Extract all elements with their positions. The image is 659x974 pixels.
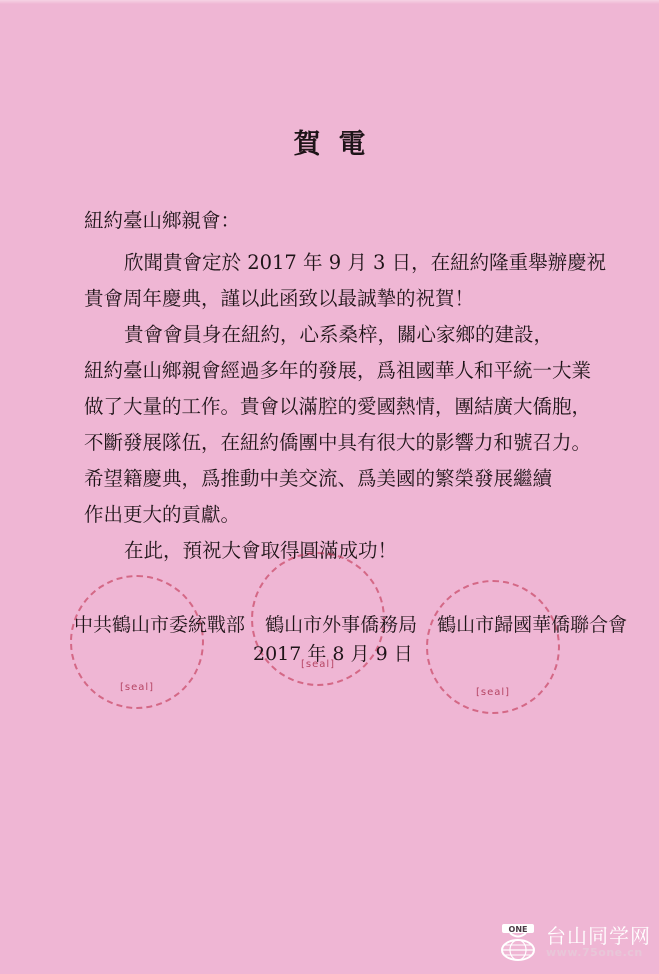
watermark-site-name: 台山同学网 (546, 925, 651, 947)
paragraph-2-line-6: 作出更大的貢獻。 (84, 497, 604, 533)
site-watermark: ONE 台山同学网 www.75one.cn (496, 922, 651, 962)
paragraph-2-line-1: 貴會會員身在紐約，心系桑梓，關心家鄉的建設， (84, 317, 604, 353)
seal-placeholder: [seal] (70, 575, 204, 709)
signatory: 鶴山市歸國華僑聯合會 (437, 614, 627, 636)
signatory: 鶴山市外事僑務局 (265, 614, 417, 636)
watermark-url: www.75one.cn (546, 947, 651, 959)
globe-logo-icon: ONE (496, 922, 540, 962)
salutation: 紐約臺山鄉親會： (84, 203, 604, 239)
letter-body: 紐約臺山鄉親會： 欣聞貴會定於 2017 年 9 月 3 日，在紐約隆重舉辦慶祝… (84, 203, 604, 569)
paragraph-2-line-4: 不斷發展隊伍，在紐約僑團中具有很大的影響力和號召力。 (84, 425, 604, 461)
document-date: 2017 年 8 月 9 日 (253, 639, 413, 666)
seal-placeholder: [seal] (426, 580, 560, 714)
paragraph-2-line-5: 希望籍慶典，爲推動中美交流、爲美國的繁榮發展繼續 (84, 461, 604, 497)
seal-placeholder-label: [seal] (476, 687, 510, 698)
paper-edge (0, 0, 659, 4)
paragraph-1-line-2: 貴會周年慶典，謹以此函致以最誠摯的祝賀！ (84, 281, 604, 317)
paragraph-2-line-3: 做了大量的工作。貴會以滿腔的愛國熱情，團結廣大僑胞， (84, 389, 604, 425)
paragraph-2-line-2: 紐約臺山鄉親會經過多年的發展，爲祖國華人和平統一大業 (84, 353, 604, 389)
document-title: 賀電 (0, 122, 659, 161)
svg-text:ONE: ONE (509, 925, 528, 934)
signatory-line: 中共鶴山市委統戰部 鶴山市外事僑務局 鶴山市歸國華僑聯合會 (74, 610, 594, 637)
seal-placeholder-label: [seal] (120, 682, 154, 693)
paragraph-1-line-1: 欣聞貴會定於 2017 年 9 月 3 日，在紐約隆重舉辦慶祝 (84, 245, 604, 281)
signatory: 中共鶴山市委統戰部 (74, 614, 245, 636)
